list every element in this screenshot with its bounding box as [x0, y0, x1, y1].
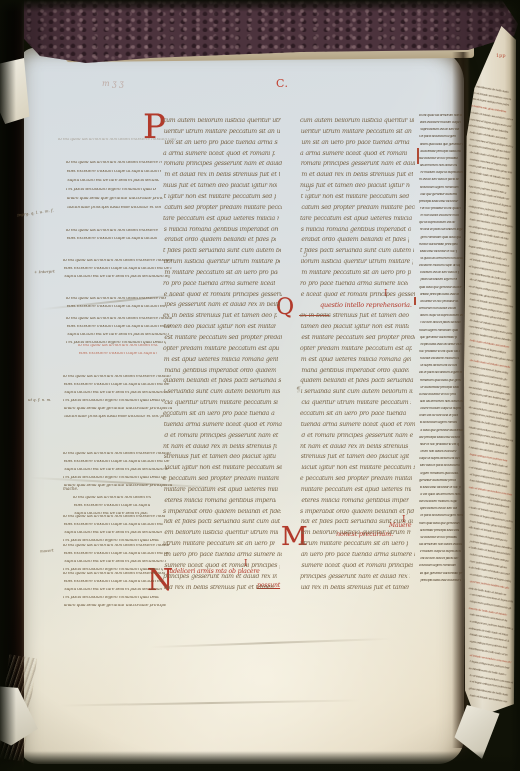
script-line: iusto et iniusto secundum canones: [470, 298, 514, 309]
script-line: rum patrum testimonia glosa interl: [470, 560, 508, 570]
script-line: um canones et leges antiquorum pat: [470, 138, 514, 149]
script-line: ris de bello iusto et iniusto secu: [470, 379, 514, 390]
script-line: nearis de bello iusto et iniusto s: [470, 399, 508, 409]
script-line: atrum testimonia glosa interlinear: [468, 124, 508, 134]
script-line: iquorum patrum testimonia glosa in: [468, 185, 506, 195]
script-line: antiquorum patrum testimonia glos: [469, 412, 511, 422]
script-line: o et iniusto secundum canones et l: [468, 466, 510, 476]
script-line: llo iusto et iniusto secundum cano: [470, 319, 508, 329]
rubric-col1: Judeliceri armis mta ob placere: [167, 568, 260, 575]
folio-mark: C.: [276, 77, 289, 90]
script-line: et iniusto secundum canones et le: [470, 258, 510, 268]
script-line: o secundum canones et leges antiqu: [469, 593, 513, 604]
script-line: nterlinearis de bello iusto et ini: [470, 439, 512, 449]
script-line: inearis de bello iusto et iniusto: [468, 607, 508, 617]
script-line: rlinearis de bello iusto et iniust: [470, 419, 510, 429]
script-line: sto et iniusto secundum canones et: [470, 278, 512, 288]
script-line: o iusto et iniusto secundum canone: [468, 506, 506, 516]
script-line: aris de bello iusto et iniusto sec: [468, 587, 506, 597]
script-line: undum canones et leges antiquorum: [470, 158, 508, 168]
red-underline: [299, 315, 329, 316]
script-line: iniusto secundum canones et leges: [470, 238, 508, 248]
script-line: es antiquorum patrum testimonia gl: [468, 225, 510, 235]
script-line: interlinearis de bello iusto et i: [469, 252, 511, 262]
script-line: eges antiquorum patrum testimonia: [470, 640, 508, 650]
script-line: nes et leges antiquorum patrum tes: [469, 493, 511, 503]
rubric-mauere: Mauere: [389, 522, 411, 529]
script-line: sto secundum canones et leges anti: [468, 406, 512, 417]
script-line: anones et leges antiquorum patrum: [469, 513, 513, 524]
script-line: erlinearis de bello iusto et inius: [468, 627, 510, 637]
script-line: glosa interlinearis de bello iusto: [468, 687, 508, 697]
corner-mark: 1pp: [496, 53, 506, 59]
script-line: secundum canones et leges antiquor: [470, 178, 510, 188]
script-line: iniusto secundum canones et leges: [469, 633, 509, 643]
margin-note-mache: mache.: [63, 486, 78, 491]
script-line: leges antiquorum patrum testimonia: [468, 245, 512, 256]
initial-m: M: [281, 524, 308, 550]
rubric-questio: questio intello reprehensoria.: [320, 301, 412, 309]
initial-p: P: [143, 110, 166, 144]
script-line: et leges antiquorum patrum testim: [469, 473, 509, 483]
script-line: s antiquorum patrum testimonia glo: [470, 620, 514, 631]
script-line: is de bello iusto et iniusto secun: [469, 171, 511, 181]
script-line: to secundum canones et leges antiq: [470, 198, 512, 208]
pen-flourish: ¶: [296, 386, 300, 394]
manuscript-page: [20, 48, 464, 764]
script-line: um testimonia glosa interlinearis: [468, 104, 506, 114]
script-line: dum canones et leges antiquorum pa: [468, 345, 506, 355]
red-paragraph-dash: [417, 148, 419, 164]
script-line: canones et leges antiquorum patrum: [470, 118, 512, 128]
script-line: secundum canones et leges antiquo: [468, 386, 510, 396]
script-line: orum patrum testimonia glosa inter: [468, 164, 512, 175]
red-i-mark: I: [384, 289, 388, 299]
script-line: um patrum testimonia glosa interli: [469, 352, 513, 363]
script-line: patrum testimonia glosa interlinea: [469, 332, 511, 342]
script-line: de bello iusto et iniusto secundum: [469, 151, 509, 161]
script-line: interlinearis de bello iusto et in: [468, 647, 512, 658]
script-line: antiquorum patrum testimonia glosa: [468, 205, 508, 215]
script-line: e bello iusto et iniusto secundum: [468, 546, 510, 556]
script-line: patrum testimonia glosa interline: [470, 540, 514, 551]
script-line: es et leges antiquorum patrum test: [468, 285, 508, 295]
script-line: nones et leges antiquorum patrum t: [468, 305, 510, 315]
script-line: ntiquorum patrum testimonia glosa: [470, 600, 512, 610]
script-line: losa interlinearis de bello iusto: [470, 479, 508, 489]
script-line: sa interlinearis de bello iusto et: [468, 667, 506, 677]
margin-note-macert: macert: [40, 548, 54, 554]
script-line: bello iusto et iniusto secundum c: [470, 339, 510, 349]
script-line: testimonia glosa interlinearis de: [469, 292, 507, 302]
pen-flourish: ɔ: [306, 184, 310, 193]
script-line: t leges antiquorum patrum testimon: [470, 660, 510, 670]
facing-leaf-edge: glosa interlinearis de bello iustoiusto …: [464, 26, 516, 718]
script-line: a interlinearis de bello iusto et: [470, 459, 514, 470]
script-line: bello iusto et iniusto secundum ca: [469, 131, 507, 141]
script-line: usto et iniusto secundum canones e: [468, 486, 512, 497]
manuscript-photo: glosa interlinearis de bello iustoiusto …: [0, 0, 520, 771]
script-line: lo iusto et iniusto secundum canon: [469, 111, 513, 122]
script-line: rum testimonia glosa interlinearis: [469, 312, 509, 322]
script-line: ges antiquorum patrum testimonia g: [469, 432, 513, 443]
red-paragraph-dash: [414, 297, 416, 305]
script-line: usto secundum canones et leges ant: [469, 613, 507, 623]
script-line: earis de bello iusto et iniusto se: [469, 191, 513, 202]
margin-note-utq: ut q. f. n. m.: [28, 397, 51, 402]
script-line: terlinearis de bello iusto et iniu: [469, 231, 509, 241]
pen-flourish: ɔ: [303, 250, 307, 259]
script-line: t iniusto secundum canones et lege: [468, 446, 508, 456]
script-line: et iniusto secundum canones et leg: [469, 654, 511, 664]
rubric-precarium: nonest precarium.: [336, 530, 393, 538]
script-line: ones et leges antiquorum patrum te: [470, 97, 510, 107]
script-line: iusto secundum canones et leges an: [470, 218, 514, 229]
script-line: trum testimonia glosa interlineari: [470, 520, 512, 530]
script-line: iusto et iniusto secundum canones: [469, 694, 507, 704]
script-line: de bello iusto et iniusto secundu: [470, 359, 512, 369]
script-line: canones et leges antiquorum patru: [468, 325, 512, 336]
script-line: ndum canones et leges antiquorum p: [469, 553, 509, 563]
script-line: linearis de bello iusto et iniusto: [469, 211, 507, 221]
script-line: s et leges antiquorum patrum testi: [470, 680, 512, 690]
script-line: ello iusto et iniusto secundum can: [468, 526, 508, 536]
script-line: glosa interlinearis de bello iusto: [468, 84, 512, 95]
script-line: tiquorum patrum testimonia glosa i: [469, 392, 509, 402]
script-line: osa interlinearis de bello iusto e: [469, 272, 513, 283]
script-line: uorum patrum testimonia glosa inte: [469, 372, 507, 382]
script-line: niusto secundum canones et leges a: [468, 426, 506, 436]
margin-note-interpret: + Interprt: [34, 269, 55, 275]
script-line: iusto et iniusto secundum canones: [469, 91, 511, 101]
script-line: m patrum testimonia glosa interlin: [468, 144, 510, 154]
script-line: et leges antiquorum patrum testimo: [468, 265, 506, 275]
script-line: m canones et leges antiquorum patr: [469, 533, 507, 543]
script-line: cundum canones et leges antiquorum: [468, 365, 508, 375]
initial-q: Q: [276, 297, 294, 319]
script-line: quorum patrum testimonia glosa int: [470, 580, 510, 590]
faint-top-inscription: m ʒ ʒ: [102, 79, 124, 88]
script-line: s de bello iusto et iniusto secund: [468, 566, 512, 577]
script-line: leges antiquorum patrum testimoni: [469, 453, 507, 463]
rubric-possunt: possunt: [257, 582, 280, 589]
script-line: ecundum canones et leges antiquoru: [469, 573, 511, 583]
script-line: to et iniusto secundum canones et: [469, 674, 513, 685]
script-line: m testimonia glosa interlinearis d: [470, 499, 510, 509]
